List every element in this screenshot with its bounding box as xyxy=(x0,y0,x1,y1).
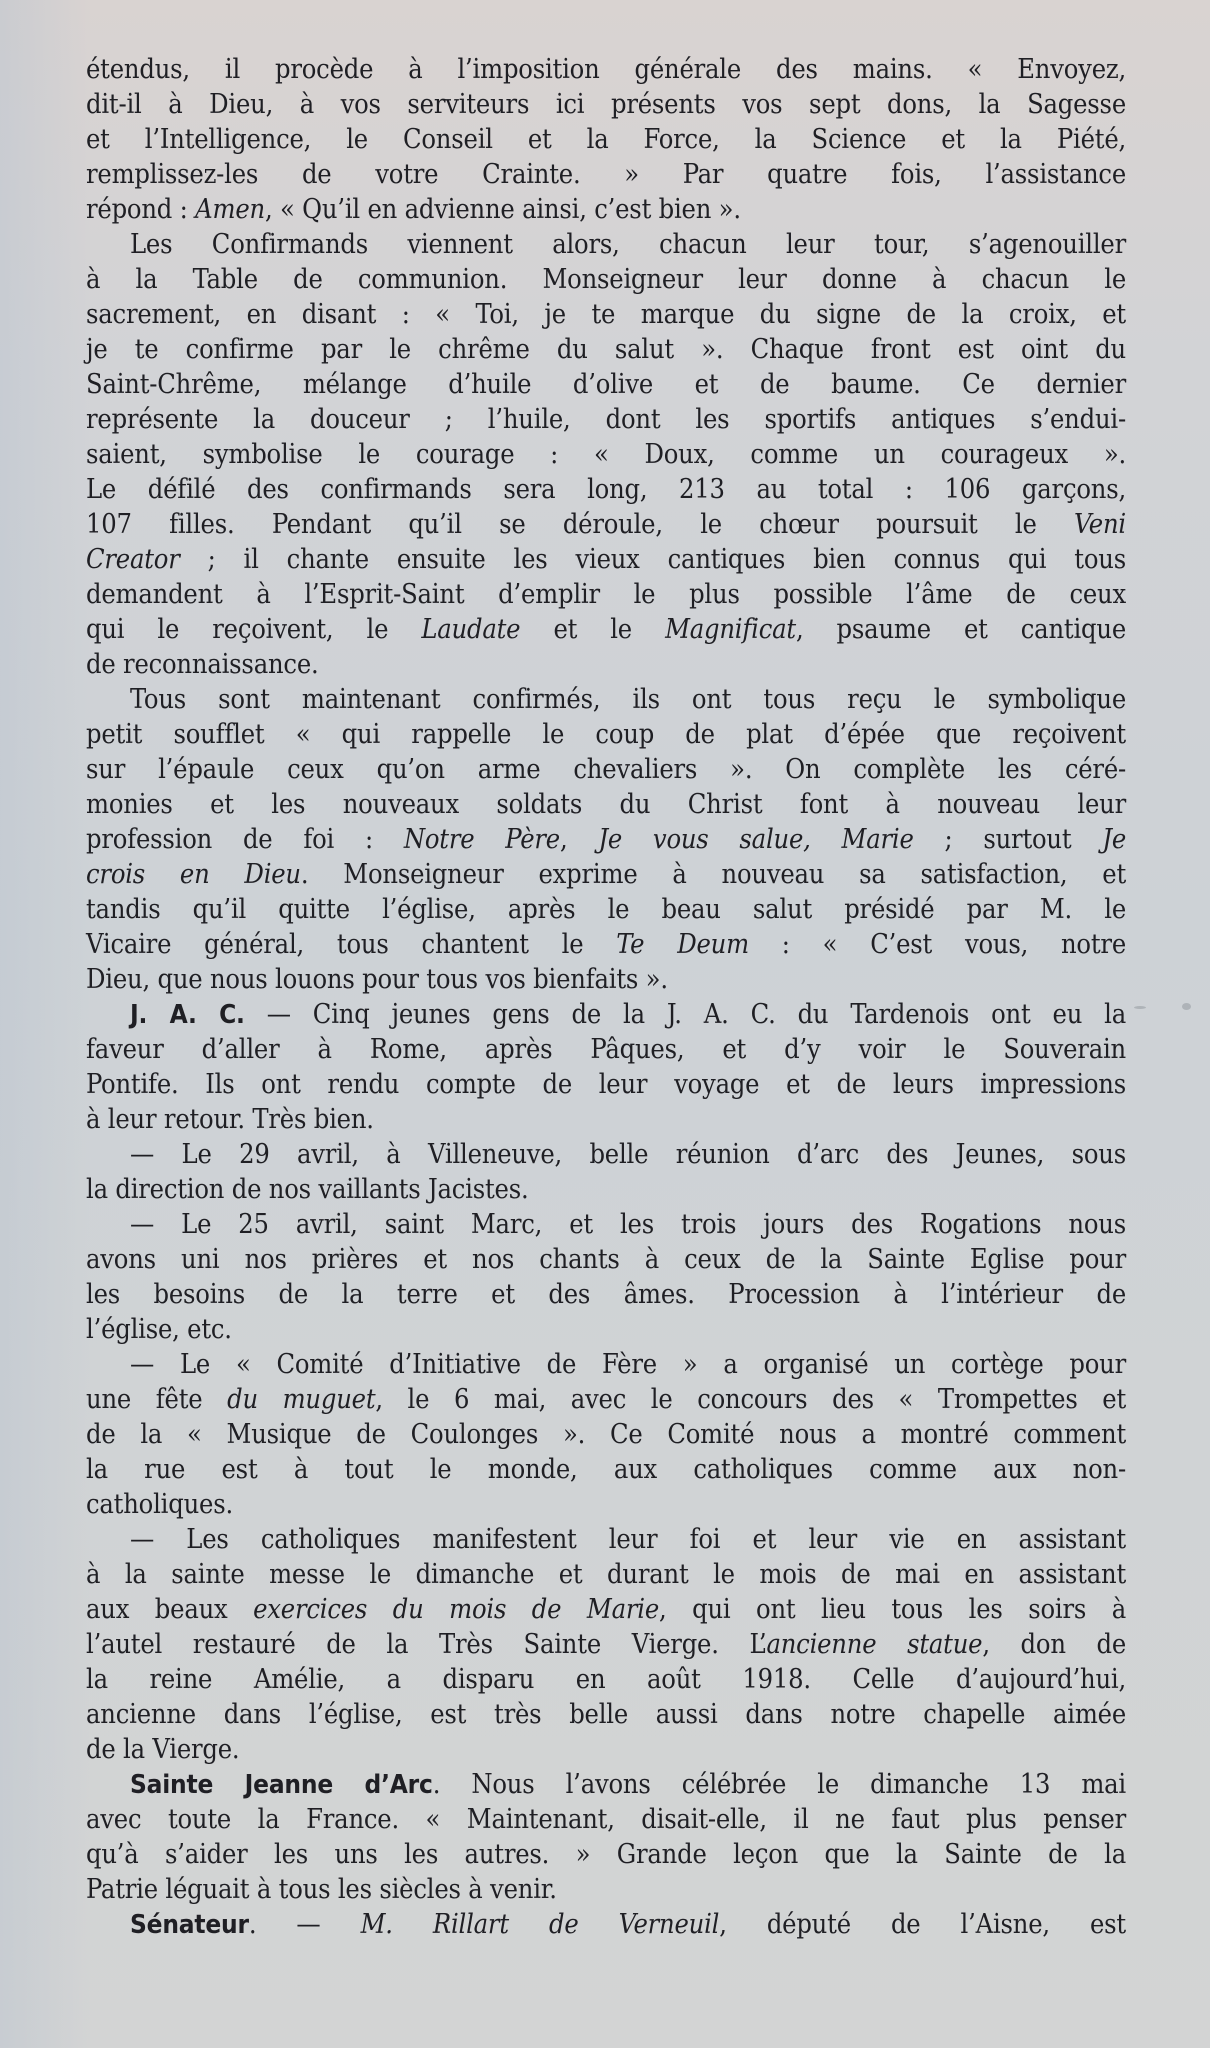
text-run: une fête xyxy=(86,1384,227,1415)
text-line-content: Tous sont maintenant confirmés, ils ont … xyxy=(130,682,1126,717)
text-run: , le 6 mai, avec le concours des « Tromp… xyxy=(375,1384,1126,1415)
text-line-content: à la Table de communion. Monseigneur leu… xyxy=(86,262,1126,297)
text-line: faveur d’aller à Rome, après Pâques, et … xyxy=(86,1032,1126,1067)
text-line-content: étendus, il procède à l’imposition génér… xyxy=(86,52,1126,87)
text-line-content: je te confirme par le chrême du salut ».… xyxy=(86,332,1126,367)
text-line: les besoins de la terre et des âmes. Pro… xyxy=(86,1277,1126,1312)
text-line-content: remplissez-les de votre Crainte. » Par q… xyxy=(86,157,1126,192)
text-line: avec toute la France. « Maintenant, disa… xyxy=(86,1802,1126,1837)
text-line: qui le reçoivent, le Laudate et le Magni… xyxy=(86,612,1126,647)
text-line-content: catholiques. xyxy=(86,1487,233,1522)
text-line: Vicaire général, tous chantent le Te Deu… xyxy=(86,927,1126,962)
italic-text: Veni xyxy=(1074,509,1126,540)
text-run: aux beaux xyxy=(86,1594,253,1625)
section-heading: Sainte Jeanne d’Arc xyxy=(130,1770,433,1800)
text-line-content: sacrement, en disant : « Toi, je te marq… xyxy=(86,297,1126,332)
text-line: la direction de nos vaillants Jacistes. xyxy=(86,1172,1126,1207)
text-line: — Le « Comité d’Initiative de Fère » a o… xyxy=(86,1347,1126,1382)
text-run: , don de xyxy=(982,1629,1126,1660)
text-run: l’autel restauré de la Très Sainte Vierg… xyxy=(86,1629,766,1660)
text-line: à la Table de communion. Monseigneur leu… xyxy=(86,262,1126,297)
text-line-content: ancienne dans l’église, est très belle a… xyxy=(86,1697,1126,1732)
text-line: 107 filles. Pendant qu’il se déroule, le… xyxy=(86,507,1126,542)
text-run: profession de foi : xyxy=(86,824,404,855)
italic-text: Te Deum xyxy=(616,929,749,960)
text-line-content: profession de foi : Notre Père, Je vous … xyxy=(86,822,1126,857)
text-line: la reine Amélie, a disparu en août 1918.… xyxy=(86,1662,1126,1697)
text-run: , député de l’Aisne, est xyxy=(719,1909,1126,1940)
document-page: étendus, il procède à l’imposition génér… xyxy=(86,52,1126,1942)
text-line: la rue est à tout le monde, aux catholiq… xyxy=(86,1452,1126,1487)
italic-text: exercices du mois de Marie xyxy=(253,1594,659,1625)
italic-text: Je xyxy=(1102,824,1126,855)
italic-text: ancienne statue xyxy=(766,1629,982,1660)
text-line: Les Confirmands viennent alors, chacun l… xyxy=(86,227,1126,262)
text-line-content: J. A. C. — Cinq jeunes gens de la J. A. … xyxy=(130,997,1126,1033)
text-line-content: — Les catholiques manifestent leur foi e… xyxy=(130,1522,1126,1557)
text-line-content: Creator ; il chante ensuite les vieux ca… xyxy=(86,542,1126,577)
text-line-content: faveur d’aller à Rome, après Pâques, et … xyxy=(86,1032,1126,1067)
text-line: de reconnaissance. xyxy=(86,647,1126,682)
text-line: Sénateur. — M. Rillart de Verneuil, dépu… xyxy=(86,1907,1126,1942)
text-line: Pontife. Ils ont rendu compte de leur vo… xyxy=(86,1067,1126,1102)
text-line-content: la reine Amélie, a disparu en août 1918.… xyxy=(86,1662,1126,1697)
paper-speck xyxy=(1134,1006,1146,1009)
text-line-content: une fête du muguet, le 6 mai, avec le co… xyxy=(86,1382,1126,1417)
text-line: sur l’épaule ceux qu’on arme chevaliers … xyxy=(86,752,1126,787)
text-line: de la « Musique de Coulonges ». Ce Comit… xyxy=(86,1417,1126,1452)
text-line-content: Le défilé des confirmands sera long, 213… xyxy=(86,472,1126,507)
text-line-content: qui le reçoivent, le Laudate et le Magni… xyxy=(86,612,1126,647)
text-line-content: tandis qu’il quitte l’église, après le b… xyxy=(86,892,1126,927)
text-line-content: qu’à s’aider les uns les autres. » Grand… xyxy=(86,1837,1126,1872)
italic-text: Magnificat xyxy=(665,614,796,645)
text-run: , psaume et cantique xyxy=(796,614,1126,645)
italic-text: Je vous salue, Marie xyxy=(598,824,913,855)
text-line-content: Dieu, que nous louons pour tous vos bien… xyxy=(86,962,668,997)
paper-speck xyxy=(1182,1003,1191,1010)
italic-text: crois en Dieu xyxy=(86,859,301,890)
text-line-content: la rue est à tout le monde, aux catholiq… xyxy=(86,1452,1126,1487)
text-line: et l’Intelligence, le Conseil et la Forc… xyxy=(86,122,1126,157)
text-line: répond : Amen, « Qu’il en advienne ainsi… xyxy=(86,192,1126,227)
text-line: avons uni nos prières et nos chants à ce… xyxy=(86,1242,1126,1277)
text-line-content: monies et les nouveaux soldats du Christ… xyxy=(86,787,1126,822)
text-line-content: saient, symbolise le courage : « Doux, c… xyxy=(86,437,1126,472)
text-line: une fête du muguet, le 6 mai, avec le co… xyxy=(86,1382,1126,1417)
text-run: ; il chante ensuite les vieux cantiques … xyxy=(180,544,1126,575)
text-run: 107 filles. Pendant qu’il se déroule, le… xyxy=(86,509,1074,540)
text-line: Patrie léguait à tous les siècles à veni… xyxy=(86,1872,1126,1907)
text-run: , « Qu’il en advienne ainsi, c’est bien … xyxy=(265,194,741,225)
page-shadow xyxy=(0,0,90,2048)
text-line: Saint-Chrême, mélange d’huile d’olive et… xyxy=(86,367,1126,402)
text-line: demandent à l’Esprit-Saint d’emplir le p… xyxy=(86,577,1126,612)
text-line: ancienne dans l’église, est très belle a… xyxy=(86,1697,1126,1732)
text-line-content: les besoins de la terre et des âmes. Pro… xyxy=(86,1277,1126,1312)
text-run: . Nous l’avons célébrée le dimanche 13 m… xyxy=(433,1769,1126,1800)
text-line-content: et l’Intelligence, le Conseil et la Forc… xyxy=(86,122,1126,157)
text-line: à la sainte messe le dimanche et durant … xyxy=(86,1557,1126,1592)
text-line: monies et les nouveaux soldats du Christ… xyxy=(86,787,1126,822)
text-line-content: — Le « Comité d’Initiative de Fère » a o… xyxy=(130,1347,1126,1382)
italic-text: Creator xyxy=(86,544,180,575)
text-line-content: de la « Musique de Coulonges ». Ce Comit… xyxy=(86,1417,1126,1452)
text-run: et le xyxy=(520,614,665,645)
text-run: . — xyxy=(249,1909,361,1940)
text-line-content: avec toute la France. « Maintenant, disa… xyxy=(86,1802,1126,1837)
text-run: , qui ont lieu tous les soirs à xyxy=(659,1594,1126,1625)
text-line: représente la douceur ; l’huile, dont le… xyxy=(86,402,1126,437)
text-line-content: avons uni nos prières et nos chants à ce… xyxy=(86,1242,1126,1277)
text-line: tandis qu’il quitte l’église, après le b… xyxy=(86,892,1126,927)
text-line-content: Patrie léguait à tous les siècles à veni… xyxy=(86,1872,557,1907)
text-line: — Le 29 avril, à Villeneuve, belle réuni… xyxy=(86,1137,1126,1172)
italic-text: Notre Père xyxy=(404,824,560,855)
text-line-content: la direction de nos vaillants Jacistes. xyxy=(86,1172,529,1207)
text-line-content: l’autel restauré de la Très Sainte Vierg… xyxy=(86,1627,1126,1662)
italic-text: Amen xyxy=(195,194,265,225)
text-line-content: petit soufflet « qui rappelle le coup de… xyxy=(86,717,1126,752)
italic-text: Laudate xyxy=(421,614,520,645)
text-line: je te confirme par le chrême du salut ».… xyxy=(86,332,1126,367)
text-line-content: demandent à l’Esprit-Saint d’emplir le p… xyxy=(86,577,1126,612)
text-line: dit-il à Dieu, à vos serviteurs ici prés… xyxy=(86,87,1126,122)
text-line: Dieu, que nous louons pour tous vos bien… xyxy=(86,962,1126,997)
text-line: sacrement, en disant : « Toi, je te marq… xyxy=(86,297,1126,332)
text-line-content: dit-il à Dieu, à vos serviteurs ici prés… xyxy=(86,87,1126,122)
section-heading: Sénateur xyxy=(130,1910,249,1940)
text-line-content: 107 filles. Pendant qu’il se déroule, le… xyxy=(86,507,1126,542)
text-line: de la Vierge. xyxy=(86,1732,1126,1767)
text-line: Le défilé des confirmands sera long, 213… xyxy=(86,472,1126,507)
text-line: remplissez-les de votre Crainte. » Par q… xyxy=(86,157,1126,192)
text-line-content: Sénateur. — M. Rillart de Verneuil, dépu… xyxy=(130,1907,1126,1943)
text-line: Sainte Jeanne d’Arc. Nous l’avons célébr… xyxy=(86,1767,1126,1802)
italic-text: M. Rillart de Verneuil xyxy=(361,1909,720,1940)
text-line-content: sur l’épaule ceux qu’on arme chevaliers … xyxy=(86,752,1126,787)
text-line-content: — Le 29 avril, à Villeneuve, belle réuni… xyxy=(130,1137,1126,1172)
text-run: ; surtout xyxy=(914,824,1103,855)
text-line-content: représente la douceur ; l’huile, dont le… xyxy=(86,402,1126,437)
text-line: qu’à s’aider les uns les autres. » Grand… xyxy=(86,1837,1126,1872)
text-line-content: à la sainte messe le dimanche et durant … xyxy=(86,1557,1126,1592)
section-heading: J. A. C. xyxy=(130,1000,245,1030)
text-line: petit soufflet « qui rappelle le coup de… xyxy=(86,717,1126,752)
text-line-content: Sainte Jeanne d’Arc. Nous l’avons célébr… xyxy=(130,1767,1126,1803)
text-line-content: Saint-Chrême, mélange d’huile d’olive et… xyxy=(86,367,1126,402)
text-line: l’église, etc. xyxy=(86,1312,1126,1347)
text-run: — Cinq jeunes gens de la J. A. C. du Tar… xyxy=(245,999,1126,1030)
text-line: catholiques. xyxy=(86,1487,1126,1522)
text-line: — Les catholiques manifestent leur foi e… xyxy=(86,1522,1126,1557)
text-run: . Monseigneur exprime à nouveau sa satis… xyxy=(301,859,1126,890)
text-run: qui le reçoivent, le xyxy=(86,614,421,645)
text-line-content: Vicaire général, tous chantent le Te Deu… xyxy=(86,927,1126,962)
text-run: : « C’est vous, notre xyxy=(749,929,1126,960)
text-run: répond : xyxy=(86,194,195,225)
text-line: J. A. C. — Cinq jeunes gens de la J. A. … xyxy=(86,997,1126,1032)
text-line: crois en Dieu. Monseigneur exprime à nou… xyxy=(86,857,1126,892)
text-line: profession de foi : Notre Père, Je vous … xyxy=(86,822,1126,857)
text-line: l’autel restauré de la Très Sainte Vierg… xyxy=(86,1627,1126,1662)
text-line-content: répond : Amen, « Qu’il en advienne ainsi… xyxy=(86,192,741,227)
text-line: Creator ; il chante ensuite les vieux ca… xyxy=(86,542,1126,577)
text-line-content: aux beaux exercices du mois de Marie, qu… xyxy=(86,1592,1126,1627)
text-line: étendus, il procède à l’imposition génér… xyxy=(86,52,1126,87)
text-line: aux beaux exercices du mois de Marie, qu… xyxy=(86,1592,1126,1627)
text-line-content: de la Vierge. xyxy=(86,1732,239,1767)
text-line-content: crois en Dieu. Monseigneur exprime à nou… xyxy=(86,857,1126,892)
text-run: Vicaire général, tous chantent le xyxy=(86,929,616,960)
italic-text: du muguet xyxy=(227,1384,375,1415)
text-line-content: de reconnaissance. xyxy=(86,647,319,682)
text-line: — Le 25 avril, saint Marc, et les trois … xyxy=(86,1207,1126,1242)
text-line-content: Pontife. Ils ont rendu compte de leur vo… xyxy=(86,1067,1126,1102)
text-line-content: Les Confirmands viennent alors, chacun l… xyxy=(130,227,1126,262)
text-line: à leur retour. Très bien. xyxy=(86,1102,1126,1137)
text-line-content: l’église, etc. xyxy=(86,1312,232,1347)
text-run: , xyxy=(560,824,598,855)
text-line-content: — Le 25 avril, saint Marc, et les trois … xyxy=(130,1207,1126,1242)
text-line: Tous sont maintenant confirmés, ils ont … xyxy=(86,682,1126,717)
text-line: saient, symbolise le courage : « Doux, c… xyxy=(86,437,1126,472)
text-line-content: à leur retour. Très bien. xyxy=(86,1102,374,1137)
